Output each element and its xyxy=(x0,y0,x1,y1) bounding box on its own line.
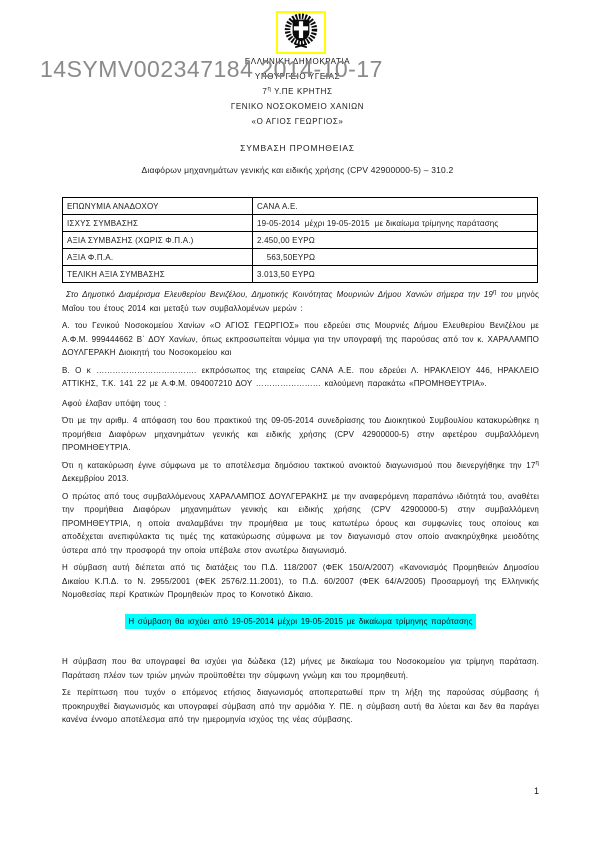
letterhead-region: 7η Υ.ΠΕ ΚΡΗΤΗΣ xyxy=(0,84,595,99)
row-value: CANA Α.Ε. xyxy=(253,198,538,215)
row-value: 2.450,00 ΕΥΡΩ xyxy=(253,232,538,249)
greek-coat-of-arms-icon xyxy=(280,12,322,54)
contract-body: Στο Δημοτικό Διαμέρισμα Ελευθερίου Βενιζ… xyxy=(62,288,539,731)
highlighted-validity-clause: Η σύμβαση θα ισχύει από 19-05-2014 μέχρι… xyxy=(125,614,475,630)
row-label: ΙΣΧΥΣ ΣΥΜΒΑΣΗΣ xyxy=(63,215,253,232)
emblem-frame xyxy=(276,11,326,54)
paragraph-intro: Στο Δημοτικό Διαμέρισμα Ελευθερίου Βενιζ… xyxy=(62,288,539,315)
ada-watermark: 14SYMV002347184 2014-10-17 xyxy=(40,56,383,83)
row-label: ΕΠΩΝΥΜΙΑ ΑΝΑΔΟΧΟΥ xyxy=(63,198,253,215)
paragraph-party-b: Β. Ο κ ………………………………. εκπρόσωπος της εται… xyxy=(62,364,539,391)
table-row: ΑΞΙΑ ΣΥΜΒΑΣΗΣ (ΧΩΡΙΣ Φ.Π.Α.) 2.450,00 ΕΥ… xyxy=(63,232,538,249)
paragraph-party-a: Α. του Γενικού Νοσοκομείου Χανίων «Ο ΑΓΙ… xyxy=(62,319,539,360)
row-label: ΑΞΙΑ Φ.Π.Α. xyxy=(63,249,253,266)
document-title: ΣΥΜΒΑΣΗ ΠΡΟΜΗΘΕΙΑΣ xyxy=(0,143,595,153)
document-page: 14SYMV002347184 2014-10-17 ΕΛΛΗΝΙΚΗ ΔΗΜΟ… xyxy=(0,0,595,842)
paragraph-considering: Αφού έλαβαν υπόψη τους : xyxy=(62,397,539,411)
paragraph-duration: Η σύμβαση που θα υπογραφεί θα ισχύει για… xyxy=(62,655,539,682)
contract-summary-table: ΕΠΩΝΥΜΙΑ ΑΝΑΔΟΧΟΥ CANA Α.Ε. ΙΣΧΥΣ ΣΥΜΒΑΣ… xyxy=(62,197,538,283)
table-row: ΙΣΧΥΣ ΣΥΜΒΑΣΗΣ 19-05-2014 μέχρι 19-05-20… xyxy=(63,215,538,232)
table-row: ΑΞΙΑ Φ.Π.Α. 563,50ΕΥΡΩ xyxy=(63,249,538,266)
letterhead-hospital: ΓΕΝΙΚΟ ΝΟΣΟΚΟΜΕΙΟ ΧΑΝΙΩΝ xyxy=(0,99,595,114)
row-value: 3.013,50 ΕΥΡΩ xyxy=(253,266,538,283)
paragraph-termination: Σε περίπτωση που τυχόν ο επόμενος ετήσιο… xyxy=(62,686,539,727)
document-subtitle: Διαφόρων μηχανημάτων γενικής και ειδικής… xyxy=(0,165,595,175)
row-value: 563,50ΕΥΡΩ xyxy=(253,249,538,266)
row-label: ΑΞΙΑ ΣΥΜΒΑΣΗΣ (ΧΩΡΙΣ Φ.Π.Α.) xyxy=(63,232,253,249)
row-label: ΤΕΛΙΚΗ ΑΞΙΑ ΣΥΜΒΑΣΗΣ xyxy=(63,266,253,283)
row-value: 19-05-2014 μέχρι 19-05-2015 με δικαίωμα … xyxy=(253,215,538,232)
table-row: ΕΠΩΝΥΜΙΑ ΑΝΑΔΟΧΟΥ CANA Α.Ε. xyxy=(63,198,538,215)
document-title-block: ΣΥΜΒΑΣΗ ΠΡΟΜΗΘΕΙΑΣ Διαφόρων μηχανημάτων … xyxy=(0,143,595,175)
highlight-row: Η σύμβαση θα ισχύει από 19-05-2014 μέχρι… xyxy=(62,614,539,630)
paragraph-tender-date: Ότι η κατακύρωση έγινε σύμφωνα με το απο… xyxy=(62,459,539,486)
table-row: ΤΕΛΙΚΗ ΑΞΙΑ ΣΥΜΒΑΣΗΣ 3.013,50 ΕΥΡΩ xyxy=(63,266,538,283)
letterhead-hospital-name: «Ο ΑΓΙΟΣ ΓΕΩΡΓΙΟΣ» xyxy=(0,114,595,129)
paragraph-award-decision: Ότι με την αριθμ. 4 απόφαση του 6ου πρακ… xyxy=(62,414,539,455)
page-number: 1 xyxy=(534,786,539,796)
paragraph-assignment: Ο πρώτος από τους συμβαλλόμενους ΧΑΡΑΛΑΜ… xyxy=(62,490,539,558)
paragraph-legal-framework: Η σύμβαση αυτή διέπεται από τις διατάξει… xyxy=(62,561,539,602)
